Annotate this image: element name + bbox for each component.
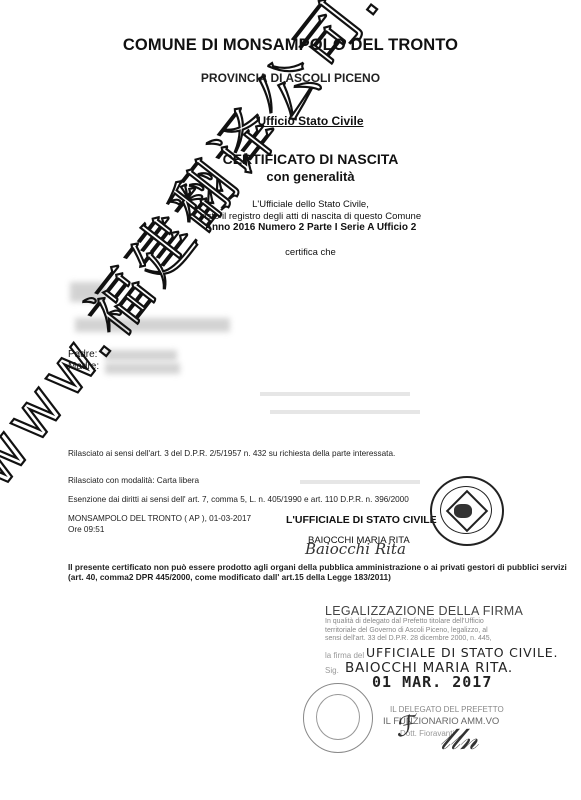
legalization-line-3: sensi dell'art. 33 del D.P.R. 28 dicembr… [325,635,492,644]
bleed-through-mark [270,410,420,414]
redacted-madre [105,363,180,374]
madre-label: Madre: [68,361,99,372]
legalization-title: LEGALIZZAZIONE DELLA FIRMA [325,604,523,618]
legalization-line-1: In qualità di delegato dal Prefetto tito… [325,618,492,627]
disclaimer-line-1: Il presente certificato non può essere p… [68,562,578,572]
legalization-line-2: territoriale del Governo di Ascoli Picen… [325,627,492,636]
register-reference: Anno 2016 Numero 2 Parte I Serie A Uffic… [205,222,417,233]
disclaimer-line-2: (art. 40, comma2 DPR 445/2000, come modi… [68,572,578,582]
issue-time: Ore 09:51 [68,525,104,534]
legalization-date: 01 MAR. 2017 [372,673,492,691]
provincia-heading: PROVINCIA DI ASCOLI PICENO [0,71,581,85]
place-date: MONSAMPOLO DEL TRONTO ( AP ), 01-03-2017 [68,514,251,523]
certifica-che: certifica che [20,247,581,258]
modalita-note: Rilasciato con modalità: Carta libera [68,476,199,485]
intro-line-1: L'Ufficiale dello Stato Civile, [20,199,581,211]
prefettura-seal [303,683,373,753]
certificate-intro: L'Ufficiale dello Stato Civile, visto il… [20,199,581,234]
firma-label: la firma del [325,651,364,660]
disclaimer: Il presente certificato non può essere p… [68,562,578,582]
rilasciato-note: Rilasciato ai sensi dell'art. 3 del D.P.… [68,449,395,458]
sig-label: Sig. [325,666,339,675]
ufficio-heading: Ufficio Stato Civile [20,114,581,128]
bleed-through-mark [260,392,410,396]
comune-seal [430,476,504,546]
redacted-name [70,282,105,302]
certificate-subtitle: con generalità [20,169,581,184]
seal-emblem-fill [454,504,472,518]
prefettura-seal-inner [316,694,360,740]
bleed-through-mark [300,480,420,484]
birth-certificate-page: COMUNE DI MONSAMPOLO DEL TRONTO PROVINCI… [0,0,581,800]
officer-title: L'UFFICIALE DI STATO CIVILE [286,514,437,526]
certificate-title: CERTIFICATO DI NASCITA [20,151,581,167]
funzionario-signature-scrawl: 𝓁𝓁𝓃 [440,722,478,757]
legalization-text: In qualità di delegato dal Prefetto tito… [325,618,492,644]
padre-label: Padre: [68,349,97,360]
officer-signature: Baiocchi Rita [305,540,406,558]
comune-heading: COMUNE DI MONSAMPOLO DEL TRONTO [0,36,581,55]
redacted-padre [105,350,177,361]
redacted-birth-details [75,318,230,332]
firma-value: UFFICIALE DI STATO CIVILE. [366,645,558,660]
esenzione-note: Esenzione dai diritti ai sensi dell' art… [68,495,409,504]
intro-line-2: visto il registro degli atti di nascita … [20,211,581,223]
